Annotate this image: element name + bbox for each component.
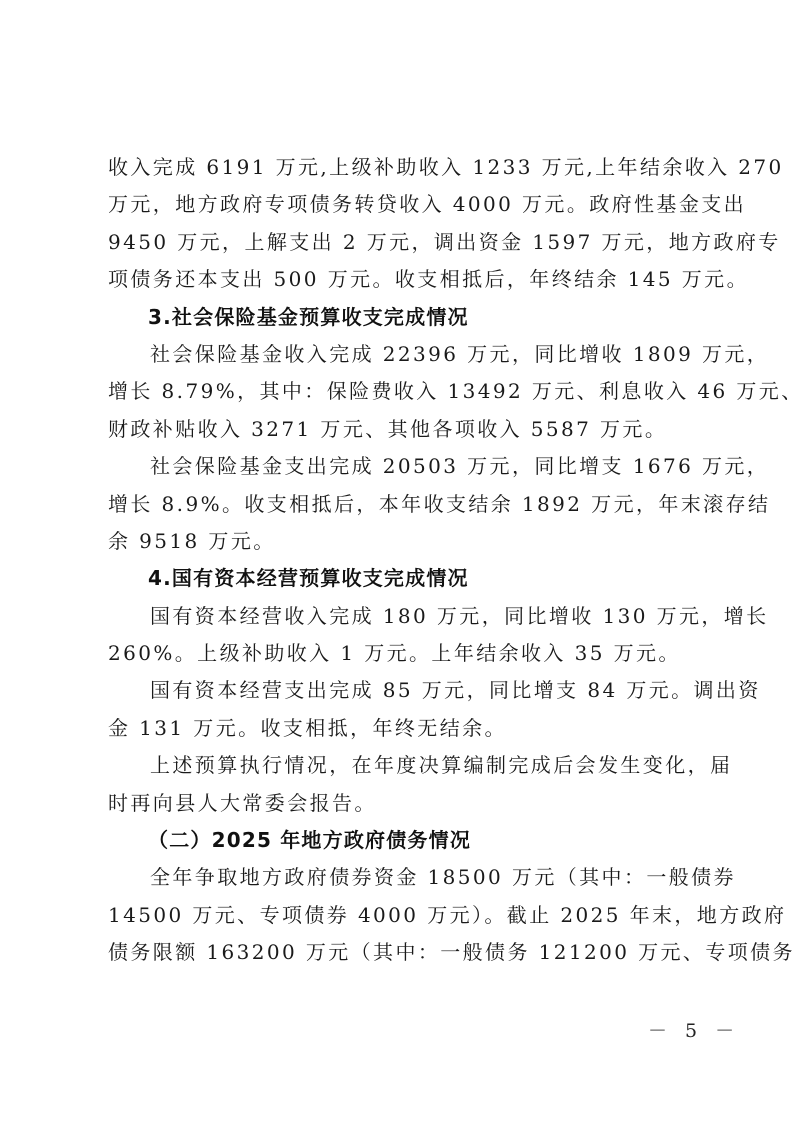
text-line: 社会保险基金收入完成 22396 万元，同比增收 1809 万元， (108, 336, 698, 373)
text-line: 9450 万元，上解支出 2 万元，调出资金 1597 万元，地方政府专 (108, 224, 698, 261)
text-line: 万元，地方政府专项债务转贷收入 4000 万元。政府性基金支出 (108, 186, 698, 223)
text-line: 增长 8.79%，其中：保险费收入 13492 万元、利息收入 46 万元、 (108, 373, 698, 410)
text-line: 项债务还本支出 500 万元。收支相抵后，年终结余 145 万元。 (108, 261, 698, 298)
section-heading-local-debt: （二）2025 年地方政府债务情况 (108, 822, 698, 859)
text-line: 收入完成 6191 万元,上级补助收入 1233 万元,上年结余收入 270 (108, 149, 698, 186)
text-line: 增长 8.9%。收支相抵后，本年收支结余 1892 万元，年末滚存结 (108, 486, 698, 523)
section-heading-social-insurance: 3.社会保险基金预算收支完成情况 (108, 299, 698, 336)
text-line: 财政补贴收入 3271 万元、其他各项收入 5587 万元。 (108, 411, 698, 448)
text-line: 金 131 万元。收支相抵，年终无结余。 (108, 710, 698, 747)
text-line: 国有资本经营收入完成 180 万元，同比增收 130 万元，增长 (108, 598, 698, 635)
text-line: 时再向县人大常委会报告。 (108, 785, 698, 822)
text-line: 余 9518 万元。 (108, 523, 698, 560)
paragraph-state-capital-expenditure: 国有资本经营支出完成 85 万元，同比增支 84 万元。调出资 金 131 万元… (108, 672, 698, 747)
page-number: － 5 － (648, 1016, 740, 1043)
text-line: 260%。上级补助收入 1 万元。上年结余收入 35 万元。 (108, 635, 698, 672)
section-heading-state-capital: 4.国有资本经营预算收支完成情况 (108, 560, 698, 597)
paragraph-budget-note: 上述预算执行情况，在年度决算编制完成后会发生变化，届 时再向县人大常委会报告。 (108, 747, 698, 822)
text-line: 14500 万元、专项债券 4000 万元）。截止 2025 年末，地方政府 (108, 897, 698, 934)
paragraph-social-insurance-expenditure: 社会保险基金支出完成 20503 万元，同比增支 1676 万元， 增长 8.9… (108, 448, 698, 560)
paragraph-government-fund: 收入完成 6191 万元,上级补助收入 1233 万元,上年结余收入 270 万… (108, 149, 698, 299)
document-body: 收入完成 6191 万元,上级补助收入 1233 万元,上年结余收入 270 万… (108, 149, 698, 972)
text-line: 上述预算执行情况，在年度决算编制完成后会发生变化，届 (108, 747, 698, 784)
paragraph-state-capital-income: 国有资本经营收入完成 180 万元，同比增收 130 万元，增长 260%。上级… (108, 598, 698, 673)
text-line: 社会保险基金支出完成 20503 万元，同比增支 1676 万元， (108, 448, 698, 485)
paragraph-local-debt: 全年争取地方政府债券资金 18500 万元（其中：一般债券 14500 万元、专… (108, 859, 698, 971)
paragraph-social-insurance-income: 社会保险基金收入完成 22396 万元，同比增收 1809 万元， 增长 8.7… (108, 336, 698, 448)
text-line: 债务限额 163200 万元（其中：一般债务 121200 万元、专项债务 (108, 934, 698, 971)
text-line: 全年争取地方政府债券资金 18500 万元（其中：一般债券 (108, 859, 698, 896)
text-line: 国有资本经营支出完成 85 万元，同比增支 84 万元。调出资 (108, 672, 698, 709)
